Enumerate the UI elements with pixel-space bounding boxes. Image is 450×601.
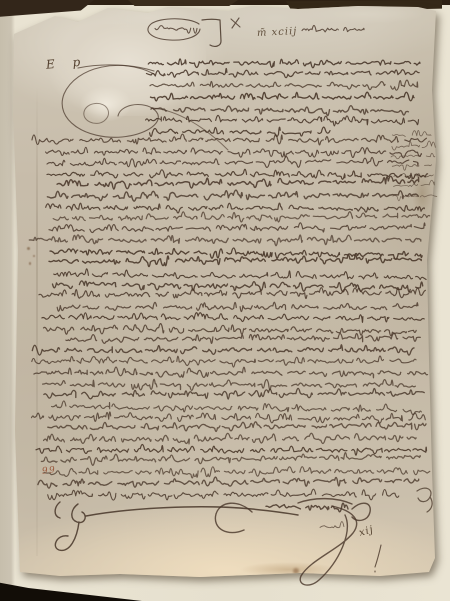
manuscript-page (12, 6, 438, 582)
ink-stain (29, 262, 31, 265)
paper-repair-patch (304, 4, 424, 24)
paper-crease (36, 86, 38, 556)
paper-repair-patch (100, 4, 196, 32)
paper-stain (293, 568, 299, 574)
paper-stain (240, 562, 336, 577)
paper-repair-patch (50, 24, 206, 116)
paper-repair-patch (80, 86, 132, 122)
page-paper (12, 6, 438, 582)
manuscript-scan: E p m̃ xciij 99 xij (0, 0, 450, 601)
ink-stain (33, 255, 35, 257)
paper-stain (412, 172, 432, 216)
ink-stain (27, 247, 30, 250)
